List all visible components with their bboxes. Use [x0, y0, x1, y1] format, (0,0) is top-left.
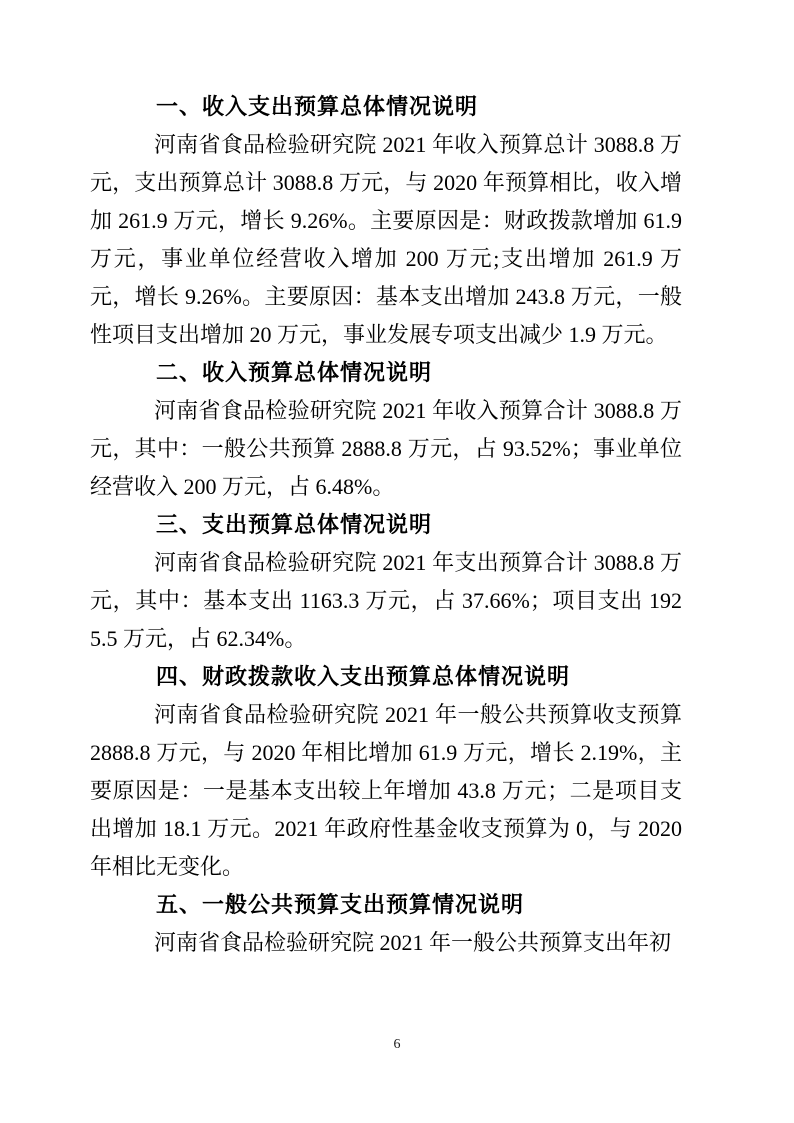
- section-paragraph: 河南省食品检验研究院 2021 年收入预算合计 3088.8 万元，其中：一般公…: [90, 392, 682, 506]
- section: 二、收入预算总体情况说明 河南省食品检验研究院 2021 年收入预算合计 308…: [90, 354, 682, 506]
- section-paragraph: 河南省食品检验研究院 2021 年收入预算总计 3088.8 万元，支出预算总计…: [90, 126, 682, 354]
- section-heading: 二、收入预算总体情况说明: [156, 354, 682, 392]
- document-page: 一、收入支出预算总体情况说明 河南省食品检验研究院 2021 年收入预算总计 3…: [0, 0, 794, 1123]
- section: 五、一般公共预算支出预算情况说明 河南省食品检验研究院 2021 年一般公共预算…: [90, 886, 682, 962]
- section-heading: 三、支出预算总体情况说明: [156, 506, 682, 544]
- section-paragraph: 河南省食品检验研究院 2021 年一般公共预算支出年初: [90, 924, 682, 962]
- section: 三、支出预算总体情况说明 河南省食品检验研究院 2021 年支出预算合计 308…: [90, 506, 682, 658]
- section-heading: 五、一般公共预算支出预算情况说明: [156, 886, 682, 924]
- section: 四、财政拨款收入支出预算总体情况说明 河南省食品检验研究院 2021 年一般公共…: [90, 658, 682, 886]
- section-paragraph: 河南省食品检验研究院 2021 年支出预算合计 3088.8 万元，其中：基本支…: [90, 544, 682, 658]
- section-paragraph: 河南省食品检验研究院 2021 年一般公共预算收支预算 2888.8 万元，与 …: [90, 696, 682, 886]
- page-number: 6: [0, 1036, 794, 1054]
- section: 一、收入支出预算总体情况说明 河南省食品检验研究院 2021 年收入预算总计 3…: [90, 88, 682, 354]
- section-heading: 四、财政拨款收入支出预算总体情况说明: [156, 658, 682, 696]
- section-heading: 一、收入支出预算总体情况说明: [156, 88, 682, 126]
- document-body: 一、收入支出预算总体情况说明 河南省食品检验研究院 2021 年收入预算总计 3…: [90, 88, 682, 962]
